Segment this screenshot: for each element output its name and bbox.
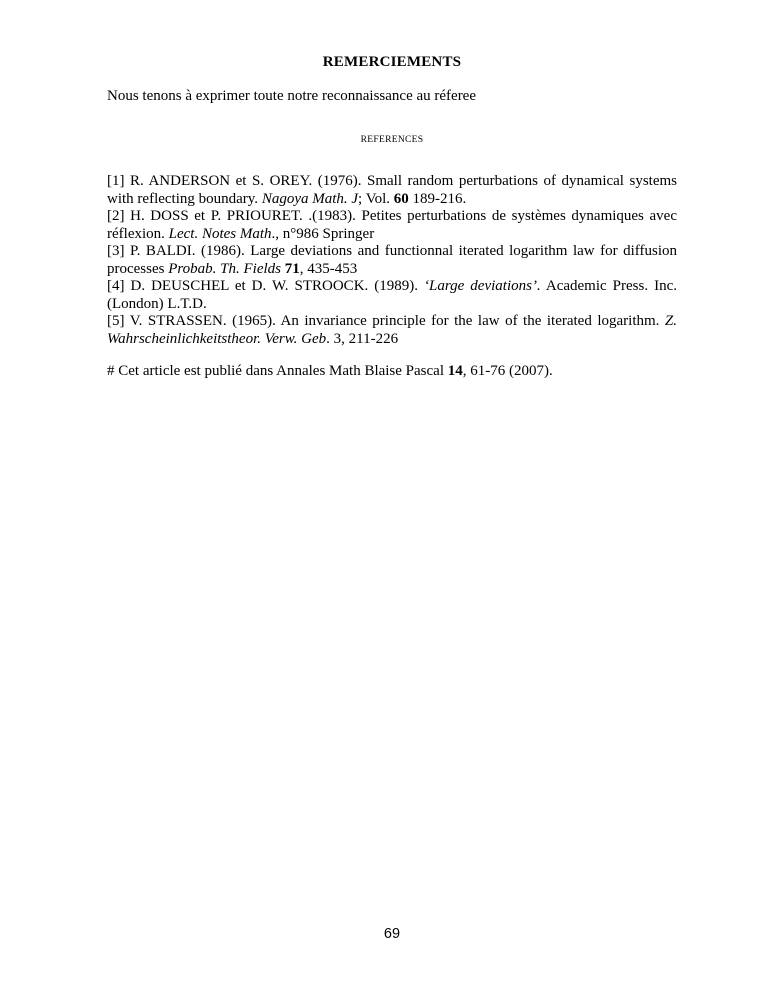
references-heading: REFERENCES (107, 135, 677, 145)
page-number: 69 (107, 926, 677, 942)
page-title: REMERCIEMENTS (107, 54, 677, 71)
references-list: [1] R. ANDERSON et S. OREY. (1976). Smal… (107, 173, 677, 348)
reference-entry-1: [1] R. ANDERSON et S. OREY. (1976). Smal… (107, 173, 677, 208)
paper-page: REMERCIEMENTS Nous tenons à exprimer tou… (0, 0, 765, 990)
reference-entry-2: [2] H. DOSS et P. PRIOURET. .(1983). Pet… (107, 208, 677, 243)
footnote-text: # Cet article est publié dans Annales Ma… (107, 363, 677, 381)
reference-entry-3: [3] P. BALDI. (1986). Large deviations a… (107, 243, 677, 278)
reference-entry-5: [5] V. STRASSEN. (1965). An invariance p… (107, 313, 677, 348)
reference-entry-4: [4] D. DEUSCHEL et D. W. STROOCK. (1989)… (107, 278, 677, 313)
acknowledgment-text: Nous tenons à exprimer toute notre recon… (107, 88, 677, 106)
